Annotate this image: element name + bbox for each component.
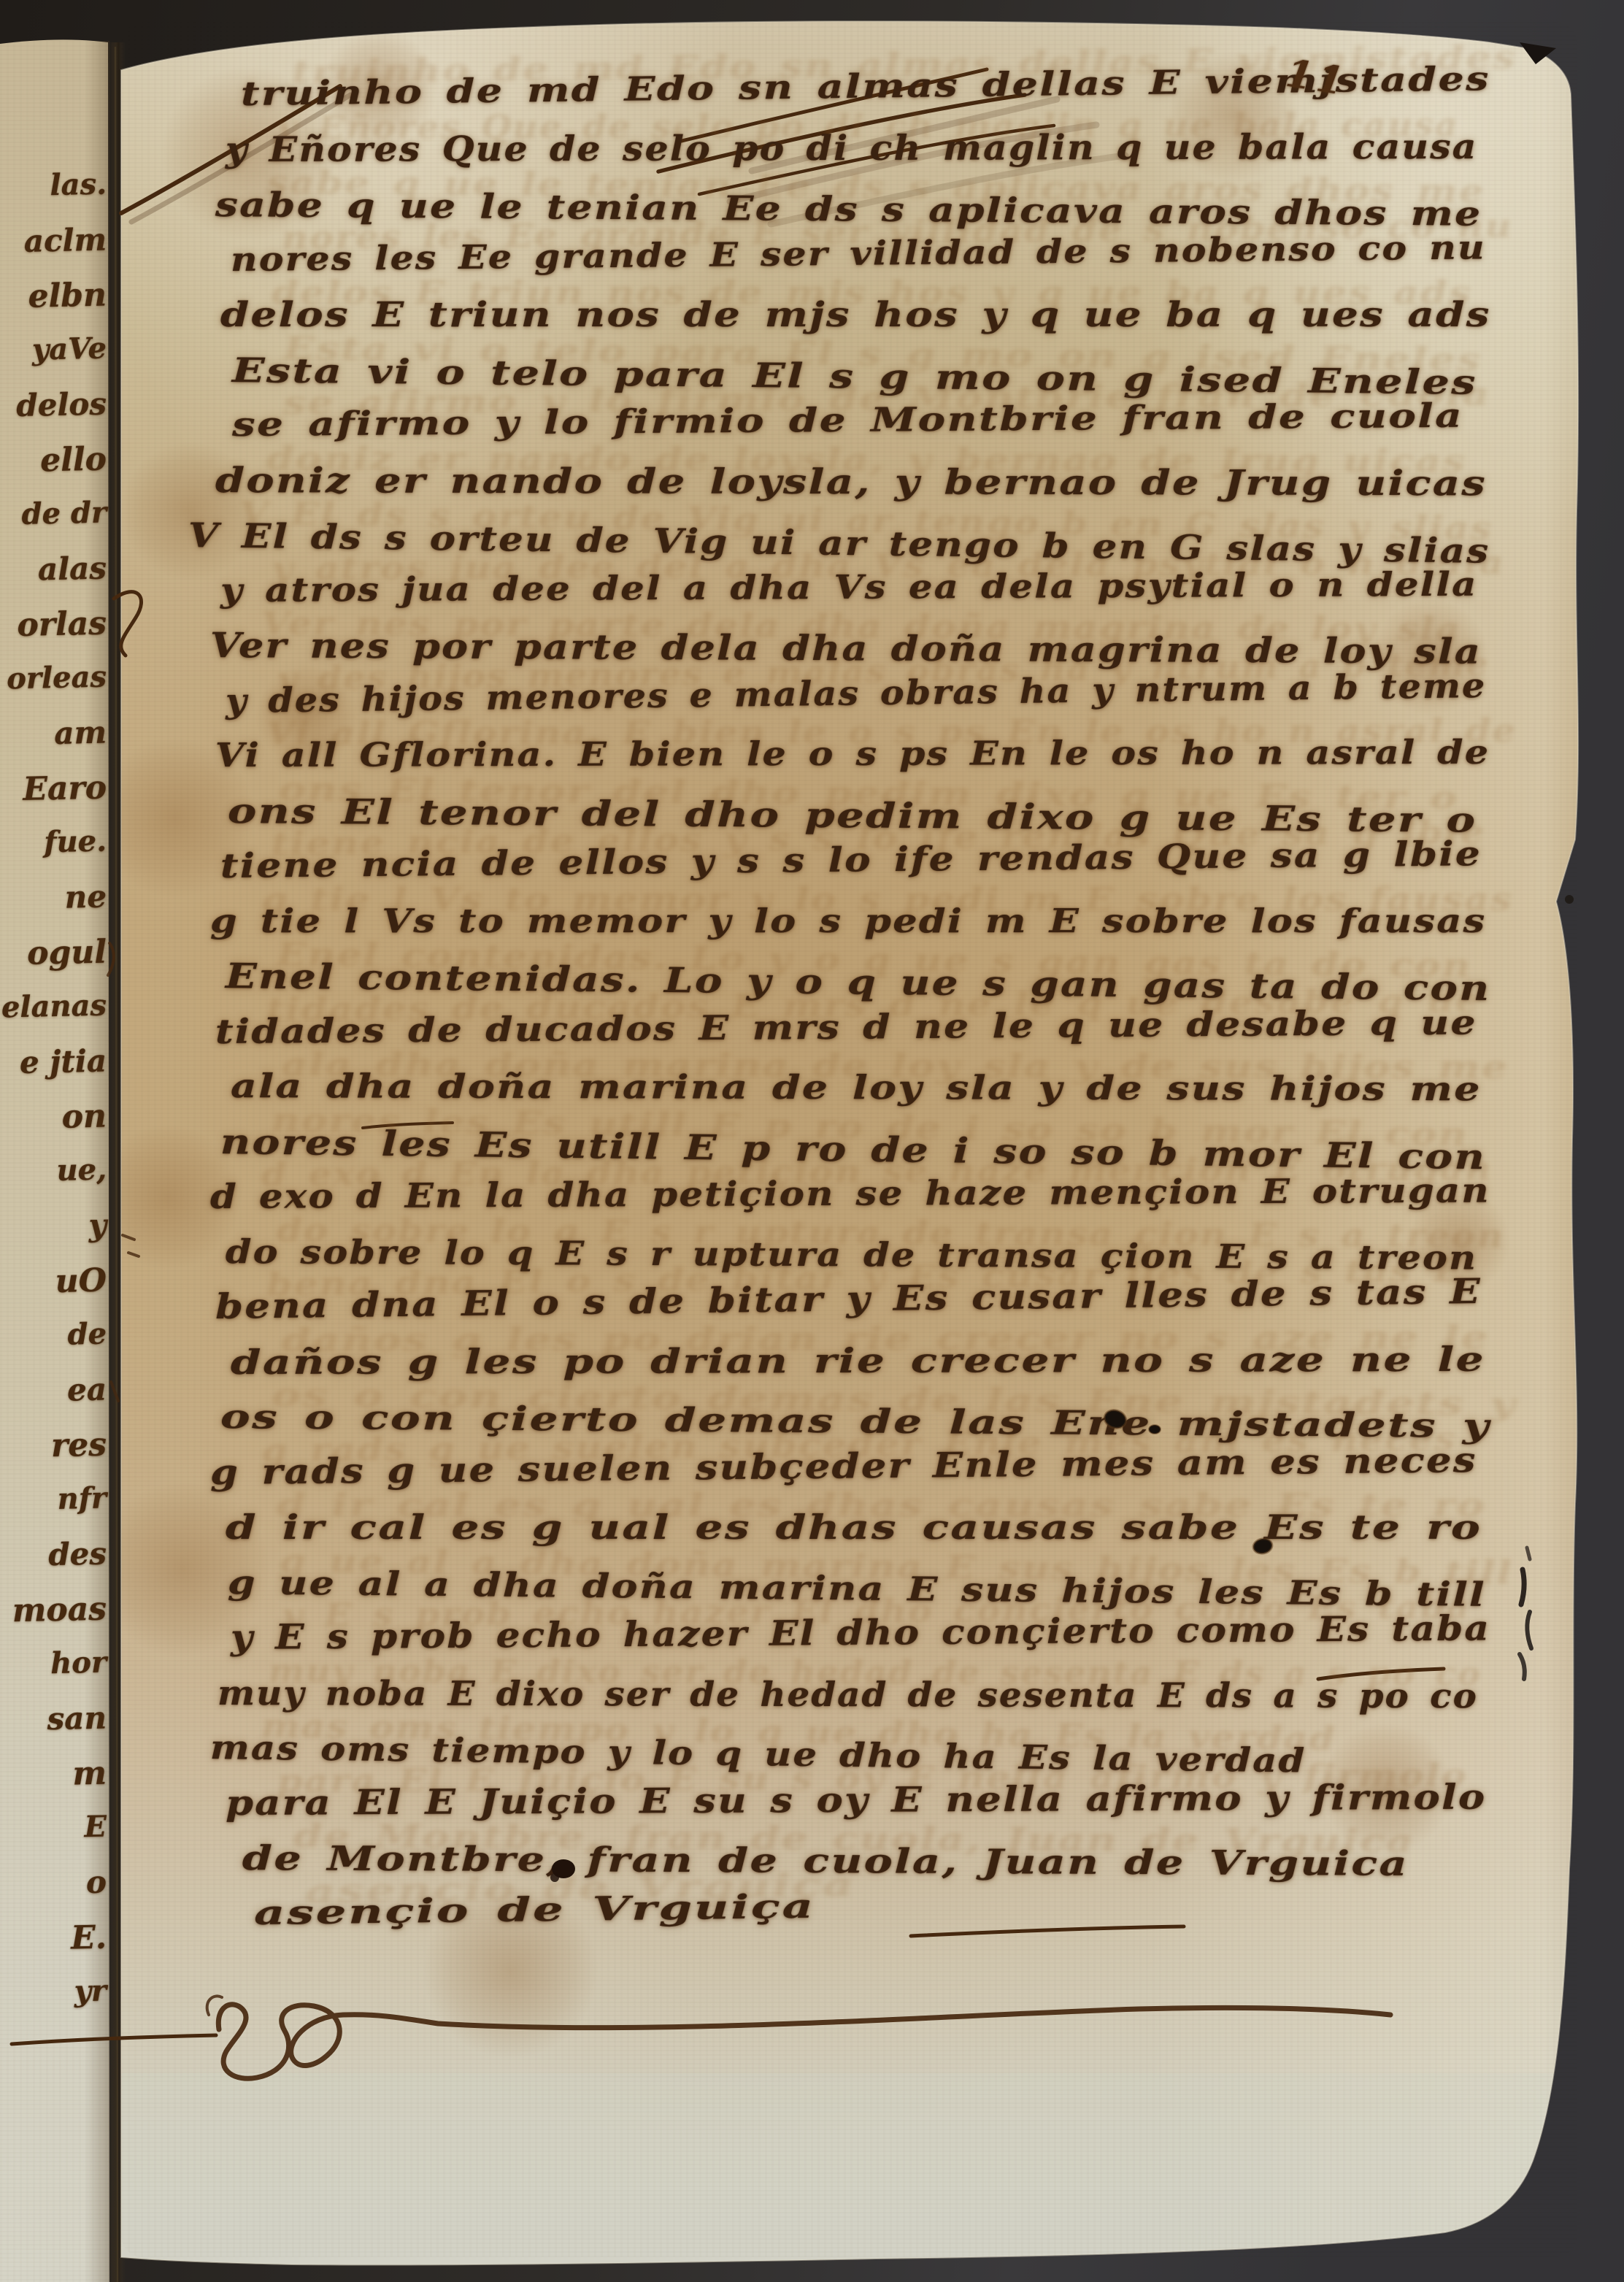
ink-blot-tail <box>550 1873 559 1882</box>
worm-hole <box>1102 1407 1128 1431</box>
manuscript-photo: truinho de md Edo sn almas dellas E viem… <box>0 0 1624 2282</box>
edge-smudges <box>1520 1548 1531 1679</box>
corner-notch <box>1520 42 1556 64</box>
worm-hole <box>1252 1537 1274 1556</box>
defects-overlay <box>0 0 1624 2282</box>
edge-nick <box>1565 895 1574 904</box>
worm-hole <box>1149 1425 1161 1434</box>
